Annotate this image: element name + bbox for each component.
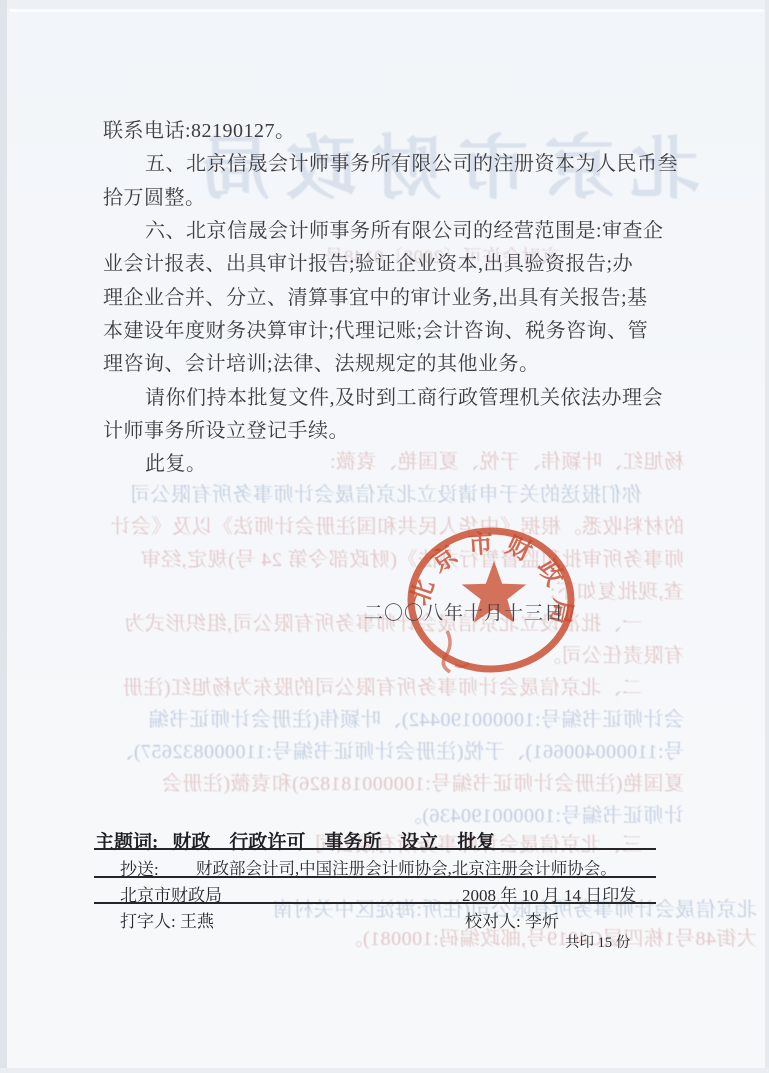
footer-rule xyxy=(94,848,656,850)
typist-name: 王燕 xyxy=(180,912,214,931)
body-line: 请你们持本批复文件,及时到工商行政管理机关依法办理会 xyxy=(145,387,663,409)
document-body: 联系电话:82190127。 五、北京信晟会计师事务所有限公司的注册资本为人民币… xyxy=(0,0,769,1073)
seal-signature-mark xyxy=(443,631,450,672)
footer-rule xyxy=(94,876,656,878)
closing-line: 此复。 xyxy=(145,453,207,475)
contact-phone-line: 联系电话:82190127。 xyxy=(103,120,296,142)
body-line: 理咨询、会计培训;法律、法规规定的其他业务。 xyxy=(103,353,540,375)
print-copies-note: 共印 15 份 xyxy=(565,931,630,952)
body-line: 业会计报表、出具审计报告;验证企业资本,出具验资报告;办 xyxy=(103,253,633,275)
scanned-document-page: 北京市财政局 京财会许可〔2008〕0148号 杨旭红、叶颖伟、于悦、夏国艳、袁… xyxy=(0,0,769,1073)
typist-label: 打字人: xyxy=(120,912,176,931)
body-line: 拾万圆整。 xyxy=(103,187,206,209)
proofreader-name: 李炘 xyxy=(525,912,559,931)
typist-row: 打字人: 王燕 xyxy=(120,907,214,932)
issue-date: 二〇〇八年十月十三日 xyxy=(364,598,564,625)
proofreader-row: 校对人: 李炘 xyxy=(465,907,559,932)
body-line: 六、北京信晟会计师事务所有限公司的经营范围是:审查企 xyxy=(145,220,664,242)
footer-rule xyxy=(94,902,656,904)
body-line: 计师事务所设立登记手续。 xyxy=(103,420,349,442)
proofreader-label: 校对人: xyxy=(465,912,521,931)
body-line: 理企业合并、分立、清算事宜中的审计业务,出具有关报告;基 xyxy=(103,287,648,309)
body-line: 本建设年度财务决算审计;代理记账;会计咨询、税务咨询、管 xyxy=(103,320,648,342)
body-line: 五、北京信晟会计师事务所有限公司的注册资本为人民币叁 xyxy=(145,153,678,175)
